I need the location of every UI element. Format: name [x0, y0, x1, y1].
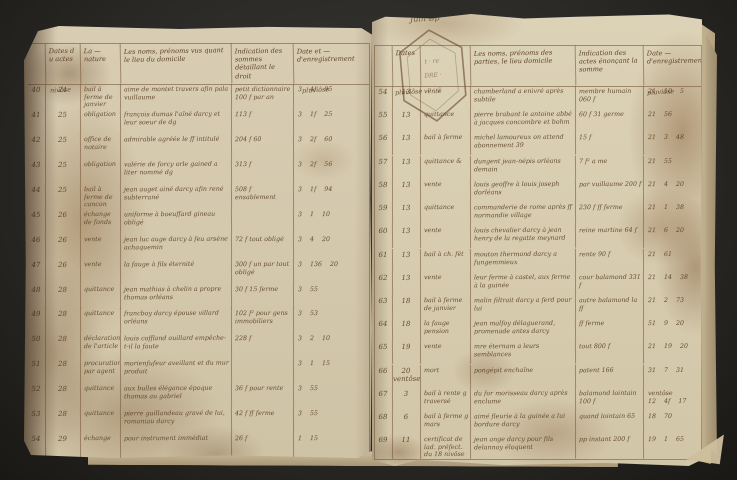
cell-registration-duty: 3 53 [294, 308, 369, 333]
ledger-row: 6519ventemre éternam a leurs semblancest… [375, 341, 701, 364]
cell-entry-number: 64 [375, 318, 393, 341]
tax-stamp-icon: t · re DRE · p · g [392, 24, 474, 128]
cell-party-names: aime de montet travers afin pala vuillau… [121, 84, 232, 110]
cell-party-names: leur ferme à castel, aux ferme à la guin… [471, 271, 576, 295]
cell-entry-number: 44 [28, 184, 46, 209]
header-cell-registration: Date et — d'enregistrement [294, 43, 370, 84]
cell-registration-duty: 3 2f 60 [294, 134, 369, 159]
month-label-registration: pluviôse [302, 85, 330, 94]
cell-entry-number: 54 [28, 433, 46, 458]
cell-registration-duty: 3 136 20 [294, 258, 369, 283]
cell-entry-number: 53 [28, 408, 46, 433]
cell-sums-indication: reine martine 64 f [576, 225, 644, 249]
cell-party-names: malin filtrait darcy a ferd pour lui [471, 295, 576, 319]
cell-entry-number: 49 [28, 308, 46, 333]
cell-act-date: 6 [393, 411, 421, 434]
cell-entry-number: 62 [375, 272, 393, 295]
cell-act-date: 28 [46, 383, 81, 408]
cell-sums-indication: 30 f 15 ferme [232, 283, 294, 308]
cell-act-nature: quittance [81, 408, 121, 433]
cell-sums-indication: par vuillaume 200 f [576, 179, 644, 203]
cell-sums-indication: 113 f [232, 109, 294, 134]
cell-sums-indication: 204 f 60 [232, 134, 294, 159]
scanned-ledger-photo: { "document": { "kind": "registre d'enre… [0, 0, 737, 480]
top-handwritten-annotation: Juin Bp [410, 13, 440, 24]
cell-registration-duty: 3 1f 25 [294, 109, 369, 134]
cell-party-names: chamberland a enivré après subtile [471, 86, 576, 110]
ledger-row: 4125obligationfrançois dumas l'aîné darc… [28, 109, 369, 134]
cell-act-nature: bail à rente g traversé [421, 388, 471, 412]
cell-act-date: 25 [46, 134, 81, 159]
cell-party-names: francboy darcy épouse villard orléans [121, 308, 232, 334]
cell-entry-number: 40 [28, 84, 46, 109]
cell-act-nature: échange de fonds [81, 209, 121, 234]
header-cell-no [375, 46, 394, 86]
cell-entry-number: 55 [375, 109, 393, 132]
ledger-row: 4726ventela fauge à fils éternité300 f u… [28, 259, 369, 284]
header-cell-registration: Date — d'enregistrement [644, 46, 702, 87]
cell-entry-number: 61 [375, 248, 393, 271]
cell-entry-number: 51 [28, 358, 46, 383]
cell-entry-number: 54 [375, 86, 393, 109]
header-cell-sums: Indication des sommes détaillant le droi… [232, 43, 295, 84]
cell-registration-duty: 3 55 [294, 383, 369, 408]
cell-act-date: 13 [393, 132, 421, 155]
cell-act-nature: bail à ferme de cancon [81, 184, 121, 209]
cell-entry-number: 47 [28, 258, 46, 283]
stamp-text-line1: t · re [424, 57, 440, 65]
header-cell-date: Dates d u actes [46, 44, 82, 85]
cell-party-names: pongépit enchaîne [471, 364, 576, 388]
ledger-row: 5328quittancepierre guillandeau gravé de… [28, 408, 369, 433]
cell-sums-indication: 26 f [232, 433, 294, 458]
cell-registration-duty: 21 55 [644, 155, 701, 179]
cell-party-names: la fauge à fils éternité [121, 258, 232, 284]
cell-party-names: michel lamoureux on attend abonnement 39 [471, 132, 576, 156]
cell-act-nature: vente [81, 233, 121, 258]
cell-party-names: jean auget ainé darcy afin rené subterra… [121, 183, 232, 209]
cell-act-nature: mort [421, 364, 471, 388]
cell-entry-number: 41 [28, 109, 46, 134]
ledger-row: 5913quittancecommanderie de rome après f… [375, 202, 701, 225]
cell-sums-indication: 72 f tout obligé [232, 233, 294, 258]
cell-registration-duty: 51 9 20 [644, 318, 701, 342]
ledger-row: 673bail à rente g traversédu for morisse… [375, 388, 701, 411]
cell-act-nature: vente [421, 272, 471, 296]
ledger-row: 5128procuration par agentmorienfufeur av… [28, 358, 369, 383]
cell-registration-duty: 21 19 20 [644, 341, 701, 365]
cell-registration-duty: ventôse 12 4f 17 [644, 388, 701, 412]
cell-act-nature: quittance [81, 283, 121, 308]
cell-sums-indication: autre balamond la ff [576, 295, 644, 319]
ledger-row: 686bail à ferme g marsaimé fleurie à la … [375, 411, 701, 434]
cell-party-names: pierre brabant le antoine abbé à jacques… [471, 109, 576, 133]
month-label-acts: pluviôse [395, 87, 423, 96]
left-page-table: Dates d u actes La — nature Les noms, pr… [28, 43, 370, 458]
ledger-row: 6318bail à ferme de janviermalin filtrai… [375, 295, 701, 318]
cell-sums-indication: balamond lointain 100 f [576, 388, 644, 412]
cell-act-date: 29 [46, 433, 81, 458]
cell-party-names: louis geoffre à louis joseph dorléans [471, 179, 576, 203]
cell-party-names: jean mathias à chelin a propre thomas or… [121, 283, 232, 309]
header-cell-sums: Indication des actes énonçant la somme [576, 45, 645, 86]
cell-sums-indication: 36 f pour rente [232, 383, 294, 408]
cell-act-date: 28 [46, 283, 81, 308]
folded-page-corner [686, 430, 724, 464]
cell-party-names: mouton thermond darcy a fungemmieux [471, 248, 576, 272]
cell-act-date: 19 [393, 341, 421, 364]
cell-party-names: aux bulles élégance époque thomas au gab… [121, 383, 232, 409]
ledger-left-page: Dates d u actes La — nature Les noms, pr… [24, 26, 372, 458]
cell-sums-indication: rente 90 f [576, 248, 644, 272]
cell-registration-duty: 3 1 10 [294, 208, 369, 233]
cell-party-names: dungent jean-népis orléans demain [471, 155, 576, 179]
cell-party-names: morienfufeur aveillant et du mur produit [121, 358, 232, 384]
left-table-header: Dates d u actes La — nature Les noms, pr… [28, 44, 369, 85]
cell-entry-number: 46 [28, 234, 46, 259]
cell-act-nature: certificat de lad. préfect. du 18 nivôse [421, 434, 471, 459]
cell-act-nature: quittance [81, 383, 121, 408]
cell-sums-indication: 508 f ensablement [232, 184, 294, 209]
ledger-row: 4828quittancejean mathias à chelin a pro… [28, 284, 369, 309]
cell-act-nature: quittance [421, 202, 471, 226]
cell-sums-indication: 230 f ff ferme [576, 202, 644, 226]
cell-sums-indication: membre humain 060 f [576, 86, 644, 110]
cell-registration-duty: 21 2 73 [644, 295, 701, 319]
cell-party-names: jean ange darcy pour fils delannoy éloqu… [471, 434, 576, 459]
cell-act-nature: procuration par agent [81, 358, 121, 383]
cell-registration-duty: 3 4 20 [294, 233, 369, 258]
month-label-acts: nivôse [50, 85, 71, 94]
header-cell-names: Les noms, prénoms des parties, le lieu d… [471, 45, 577, 87]
cell-entry-number: 42 [28, 134, 46, 159]
cell-act-date: 25 [46, 184, 81, 209]
cell-sums-indication: ff ferme [576, 318, 644, 342]
cell-entry-number: 69 [375, 434, 393, 459]
cell-registration-duty: 3 2 10 [294, 333, 369, 358]
cell-registration-duty: 21 3 48 [644, 132, 701, 156]
cell-act-date: 13 [393, 225, 421, 248]
cell-sums-indication: quand lointain 65 [576, 411, 644, 435]
cell-act-nature: vente [421, 225, 471, 249]
cell-sums-indication: 42 f ff ferme [232, 408, 294, 433]
cell-entry-number: 50 [28, 333, 46, 358]
cell-registration-duty: 21 61 [644, 248, 701, 272]
cell-registration-duty: 3 55 [294, 408, 369, 433]
cell-act-date: 11 [393, 434, 421, 459]
cell-sums-indication: 313 f [232, 159, 294, 184]
cell-act-nature: obligation [81, 109, 121, 134]
cell-sums-indication: petit dictionnaire 100 f par an [232, 84, 294, 109]
cell-act-nature: déclaration de l'article [81, 333, 121, 358]
cell-entry-number: 65 [375, 341, 393, 364]
cell-sums-indication: 15 f [576, 132, 644, 156]
cell-act-nature: bail à ferme [421, 132, 471, 156]
cell-registration-duty: 21 1 38 [644, 202, 701, 226]
stamp-text-line3: p · g [427, 85, 441, 93]
cell-act-date: 20 ventôse [393, 365, 421, 388]
cell-act-date: 3 [393, 388, 421, 411]
cell-registration-duty: 3 1f 94 [294, 183, 369, 208]
cell-entry-number: 57 [375, 156, 393, 179]
ledger-row: 6911certificat de lad. préfect. du 18 ni… [375, 434, 701, 459]
cell-party-names: jean luc auge darcy à feu arsène achaque… [121, 233, 232, 259]
ledger-right-page: Juin Bp t · re DRE · p · g Dates Les nom… [372, 14, 702, 466]
cell-act-nature: vente [421, 179, 471, 203]
ledger-row: 5028déclaration de l'articlelouis coffla… [28, 333, 369, 358]
cell-act-nature: vente [81, 258, 121, 283]
ledger-row: 5613bail à fermemichel lamoureux on atte… [375, 132, 701, 155]
cell-sums-indication: 300 f un par tout obligé [232, 258, 294, 283]
cell-act-date: 25 [46, 109, 81, 134]
cell-party-names: commanderie de rome après ff normandie v… [471, 202, 576, 226]
ledger-row: 4526échange de fondsuniforme à boeuffard… [28, 209, 369, 234]
cell-act-nature: bail à ferme g mars [421, 411, 471, 435]
ledger-row: 6213venteleur ferme à castel, aux ferme … [375, 272, 701, 295]
cell-sums-indication: cour balamond 331 f [576, 272, 644, 296]
cell-party-names: du for morisseau darcy après enclume [471, 387, 576, 411]
cell-act-nature: obligation [81, 159, 121, 184]
cell-entry-number: 56 [375, 132, 393, 155]
cell-party-names: pierre guillandeau gravé de lui, romania… [121, 408, 232, 434]
cell-entry-number: 48 [28, 283, 46, 308]
cell-entry-number: 67 [375, 388, 393, 411]
ledger-row: 6620 ventôsemortpongépit enchaînepatent … [375, 365, 701, 388]
cell-sums-indication: pp instant 200 f [576, 434, 644, 459]
cell-party-names: jean malfoy délaguerand, promenade antes… [471, 318, 576, 342]
cell-act-nature: office de notaire [81, 134, 121, 159]
cell-party-names: pour instrument immédiat [121, 433, 232, 459]
cell-registration-duty: 21 56 [644, 109, 701, 133]
cell-act-nature: quittance [81, 308, 121, 333]
cell-entry-number: 43 [28, 159, 46, 184]
cell-entry-number: 68 [375, 411, 393, 434]
cell-registration-duty: 31 7 31 [644, 364, 701, 388]
left-table-rows: 4024bail à ferme de janvieraime de monte… [28, 84, 369, 458]
cell-entry-number: 52 [28, 383, 46, 408]
header-cell-nature: La — nature [81, 44, 122, 85]
cell-entry-number: 45 [28, 209, 46, 234]
cell-party-names: valérie de forcy orle gained a liter nom… [121, 158, 232, 184]
ledger-row: 4626ventejean luc auge darcy à feu arsèn… [28, 234, 369, 259]
cell-sums-indication: 60 f 31 germe [576, 109, 644, 133]
cell-entry-number: 60 [375, 225, 393, 248]
cell-act-date: 28 [46, 308, 81, 333]
cell-party-names: uniforme à boeuffard gineau obligé [121, 208, 232, 234]
cell-registration-duty: 21 4 20 [644, 179, 701, 203]
cell-act-date: 28 [46, 358, 81, 383]
cell-act-nature: vente [421, 341, 471, 365]
cell-act-nature: bail à ferme de janvier [421, 295, 471, 319]
cell-entry-number: 59 [375, 202, 393, 225]
cell-sums-indication: patent 166 [576, 364, 644, 388]
cell-registration-duty: 21 14 38 [644, 272, 701, 296]
cell-act-date: 18 [393, 318, 421, 341]
cell-act-nature: échange [81, 433, 121, 458]
cell-act-date: 13 [393, 272, 421, 295]
stamp-text-line2: DRE · [423, 71, 442, 80]
cell-act-date: 13 [393, 202, 421, 225]
cell-act-nature: bail à ferme de janvier [81, 84, 121, 109]
cell-registration-duty: 3 1 15 [294, 358, 369, 383]
cell-act-date: 13 [393, 248, 421, 271]
cell-entry-number: 58 [375, 179, 393, 202]
cell-act-date: 13 [393, 156, 421, 179]
right-table-rows: 5413ventechamberland a enivré après subt… [375, 86, 701, 459]
cell-act-nature: la fauge pension [421, 318, 471, 342]
cell-party-names: aimé fleurie à la guinée a lui bordure d… [471, 411, 576, 435]
ledger-row: 4225office de notaireadmirable agréée le… [28, 134, 369, 159]
cell-sums-indication: 7 f² a me [576, 155, 644, 179]
cell-party-names: mre éternam a leurs semblances [471, 341, 576, 365]
month-label-registration: pluviôse [647, 87, 675, 96]
cell-sums-indication [232, 208, 294, 233]
cell-act-date: 18 [393, 295, 421, 318]
cell-act-date: 28 [46, 408, 81, 433]
ledger-row: 6418la fauge pensionjean malfoy délaguer… [375, 318, 701, 341]
header-cell-names: Les noms, prénoms vus quant le lieu du d… [121, 43, 233, 85]
cell-entry-number: 63 [375, 295, 393, 318]
cell-registration-duty: 3 55 [294, 283, 369, 308]
ledger-row: 5228quittanceaux bulles élégance époque … [28, 383, 369, 408]
cell-act-date: 26 [46, 234, 81, 259]
cell-act-date: 26 [46, 258, 81, 283]
cell-sums-indication: tout 800 f [576, 341, 644, 365]
cell-act-date: 25 [46, 159, 81, 184]
cell-registration-duty: 21 6 20 [644, 225, 701, 249]
ledger-row: 6113bail à ch. fétmouton thermond darcy … [375, 249, 701, 272]
ledger-row: 5813ventelouis geoffre à louis joseph do… [375, 179, 701, 202]
cell-sums-indication: 102 f² pour gens immobiliers [232, 308, 294, 333]
ledger-row: 5713quittance &dungent jean-népis orléan… [375, 156, 701, 179]
cell-entry-number: 66 [375, 365, 393, 388]
ledger-row: 6013ventelouis chevalier darcy à jean he… [375, 225, 701, 248]
ledger-row: 5429échangepour instrument immédiat26 f1… [28, 433, 369, 458]
cell-party-names: louis coffland ouillard empêche-t-il la … [121, 333, 232, 359]
ledger-row: 4928quittancefrancboy darcy épouse villa… [28, 308, 369, 333]
ledger-row: 4425bail à ferme de canconjean auget ain… [28, 184, 369, 209]
cell-act-nature: quittance & [421, 155, 471, 179]
header-cell-no [28, 44, 47, 84]
cell-party-names: françois dumas l'aîné darcy et leur soeu… [121, 109, 232, 135]
cell-act-date: 28 [46, 333, 81, 358]
cell-registration-duty: 1 15 [294, 433, 369, 458]
ledger-row: 4325obligationvalérie de forcy orle gain… [28, 159, 369, 184]
cell-registration-duty: 3 2f 56 [294, 159, 369, 184]
cell-party-names: louis chevalier darcy à jean henry de la… [471, 225, 576, 249]
page-stack-edge-inner [706, 34, 717, 454]
cell-act-date: 13 [393, 179, 421, 202]
cell-party-names: admirable agréée le ff intitulé [121, 133, 232, 159]
cell-act-nature: bail à ch. fét [421, 248, 471, 272]
cell-act-date: 26 [46, 209, 81, 234]
cell-sums-indication [232, 358, 294, 383]
cell-sums-indication: 228 f [232, 333, 294, 358]
